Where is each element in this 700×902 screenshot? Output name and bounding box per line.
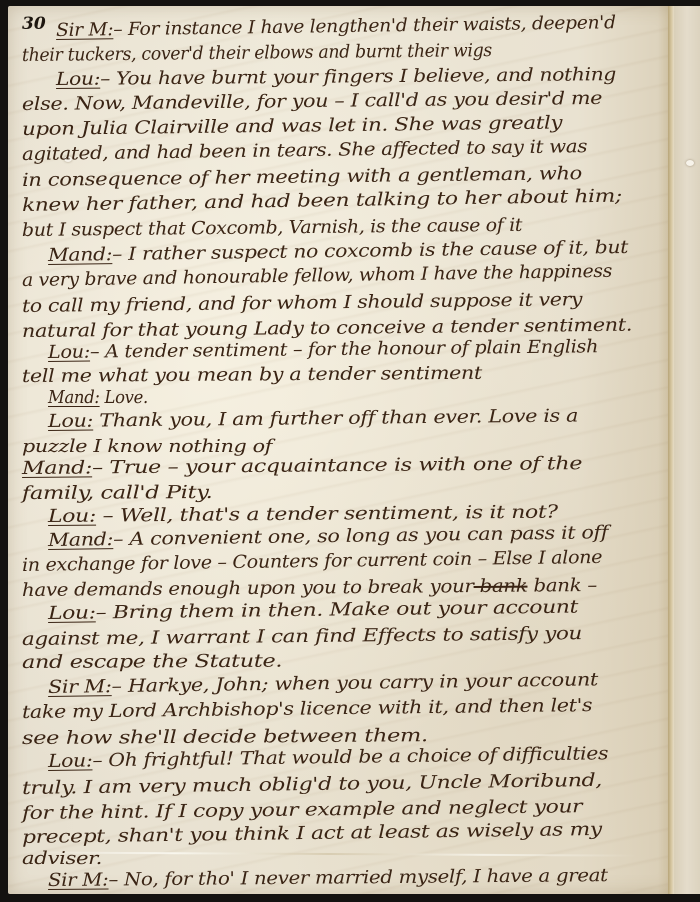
speaker-label: Sir M: <box>48 869 109 891</box>
page-number: 30 <box>22 14 46 34</box>
speaker-label: Lou: <box>48 602 96 624</box>
struck-word: bank <box>474 576 528 597</box>
dialogue-text: tell me what you mean by a tender sentim… <box>22 363 482 387</box>
dialogue-text: puzzle I know nothing of <box>22 436 272 457</box>
speaker-label: Sir M: <box>48 676 112 698</box>
dialogue-text: – Well, that's a tender sentiment, is it… <box>96 502 558 527</box>
dialogue-text: have demands enough upon you to break yo… <box>22 576 474 601</box>
dialogue-text: and escape the Statute. <box>22 651 282 673</box>
speaker-label: Sir M: <box>56 19 114 41</box>
speaker-label: Lou: <box>48 750 93 772</box>
speaker-label: Mand: <box>48 387 100 408</box>
manuscript-line: family, call'd Pity. <box>22 482 213 504</box>
manuscript-line: see how she'll decide between them. <box>22 725 428 749</box>
manuscript-line: adviser. <box>22 848 102 869</box>
manuscript-line: puzzle I know nothing of <box>22 436 272 457</box>
dialogue-text: – True – your acquaintance is with one o… <box>92 453 582 478</box>
speaker-label: Lou: <box>48 411 93 432</box>
speaker-label: Lou: <box>48 342 90 363</box>
manuscript-line: and escape the Statute. <box>22 651 282 673</box>
speaker-label: Mand: <box>48 529 113 551</box>
speaker-label: Lou: <box>48 506 96 527</box>
paper-blemish <box>686 160 694 166</box>
dialogue-text: bank – <box>527 575 597 597</box>
speaker-label: Lou: <box>56 69 100 90</box>
dialogue-text: see how she'll decide between them. <box>22 725 428 749</box>
dialogue-text: – No, for tho' I never married myself, I… <box>108 865 607 890</box>
paper-crease <box>18 851 638 856</box>
facing-page-edge <box>674 6 700 894</box>
manuscript-line: tell me what you mean by a tender sentim… <box>22 363 482 387</box>
speaker-label: Mand: <box>22 457 92 479</box>
speaker-label: Mand: <box>48 244 113 266</box>
dialogue-text: Love. <box>100 387 148 408</box>
dialogue-text: adviser. <box>22 848 102 869</box>
dialogue-text: – You have burnt your fingers I believe,… <box>100 64 616 90</box>
dialogue-text: family, call'd Pity. <box>22 482 213 504</box>
manuscript-line: Mand: Love. <box>48 387 148 408</box>
